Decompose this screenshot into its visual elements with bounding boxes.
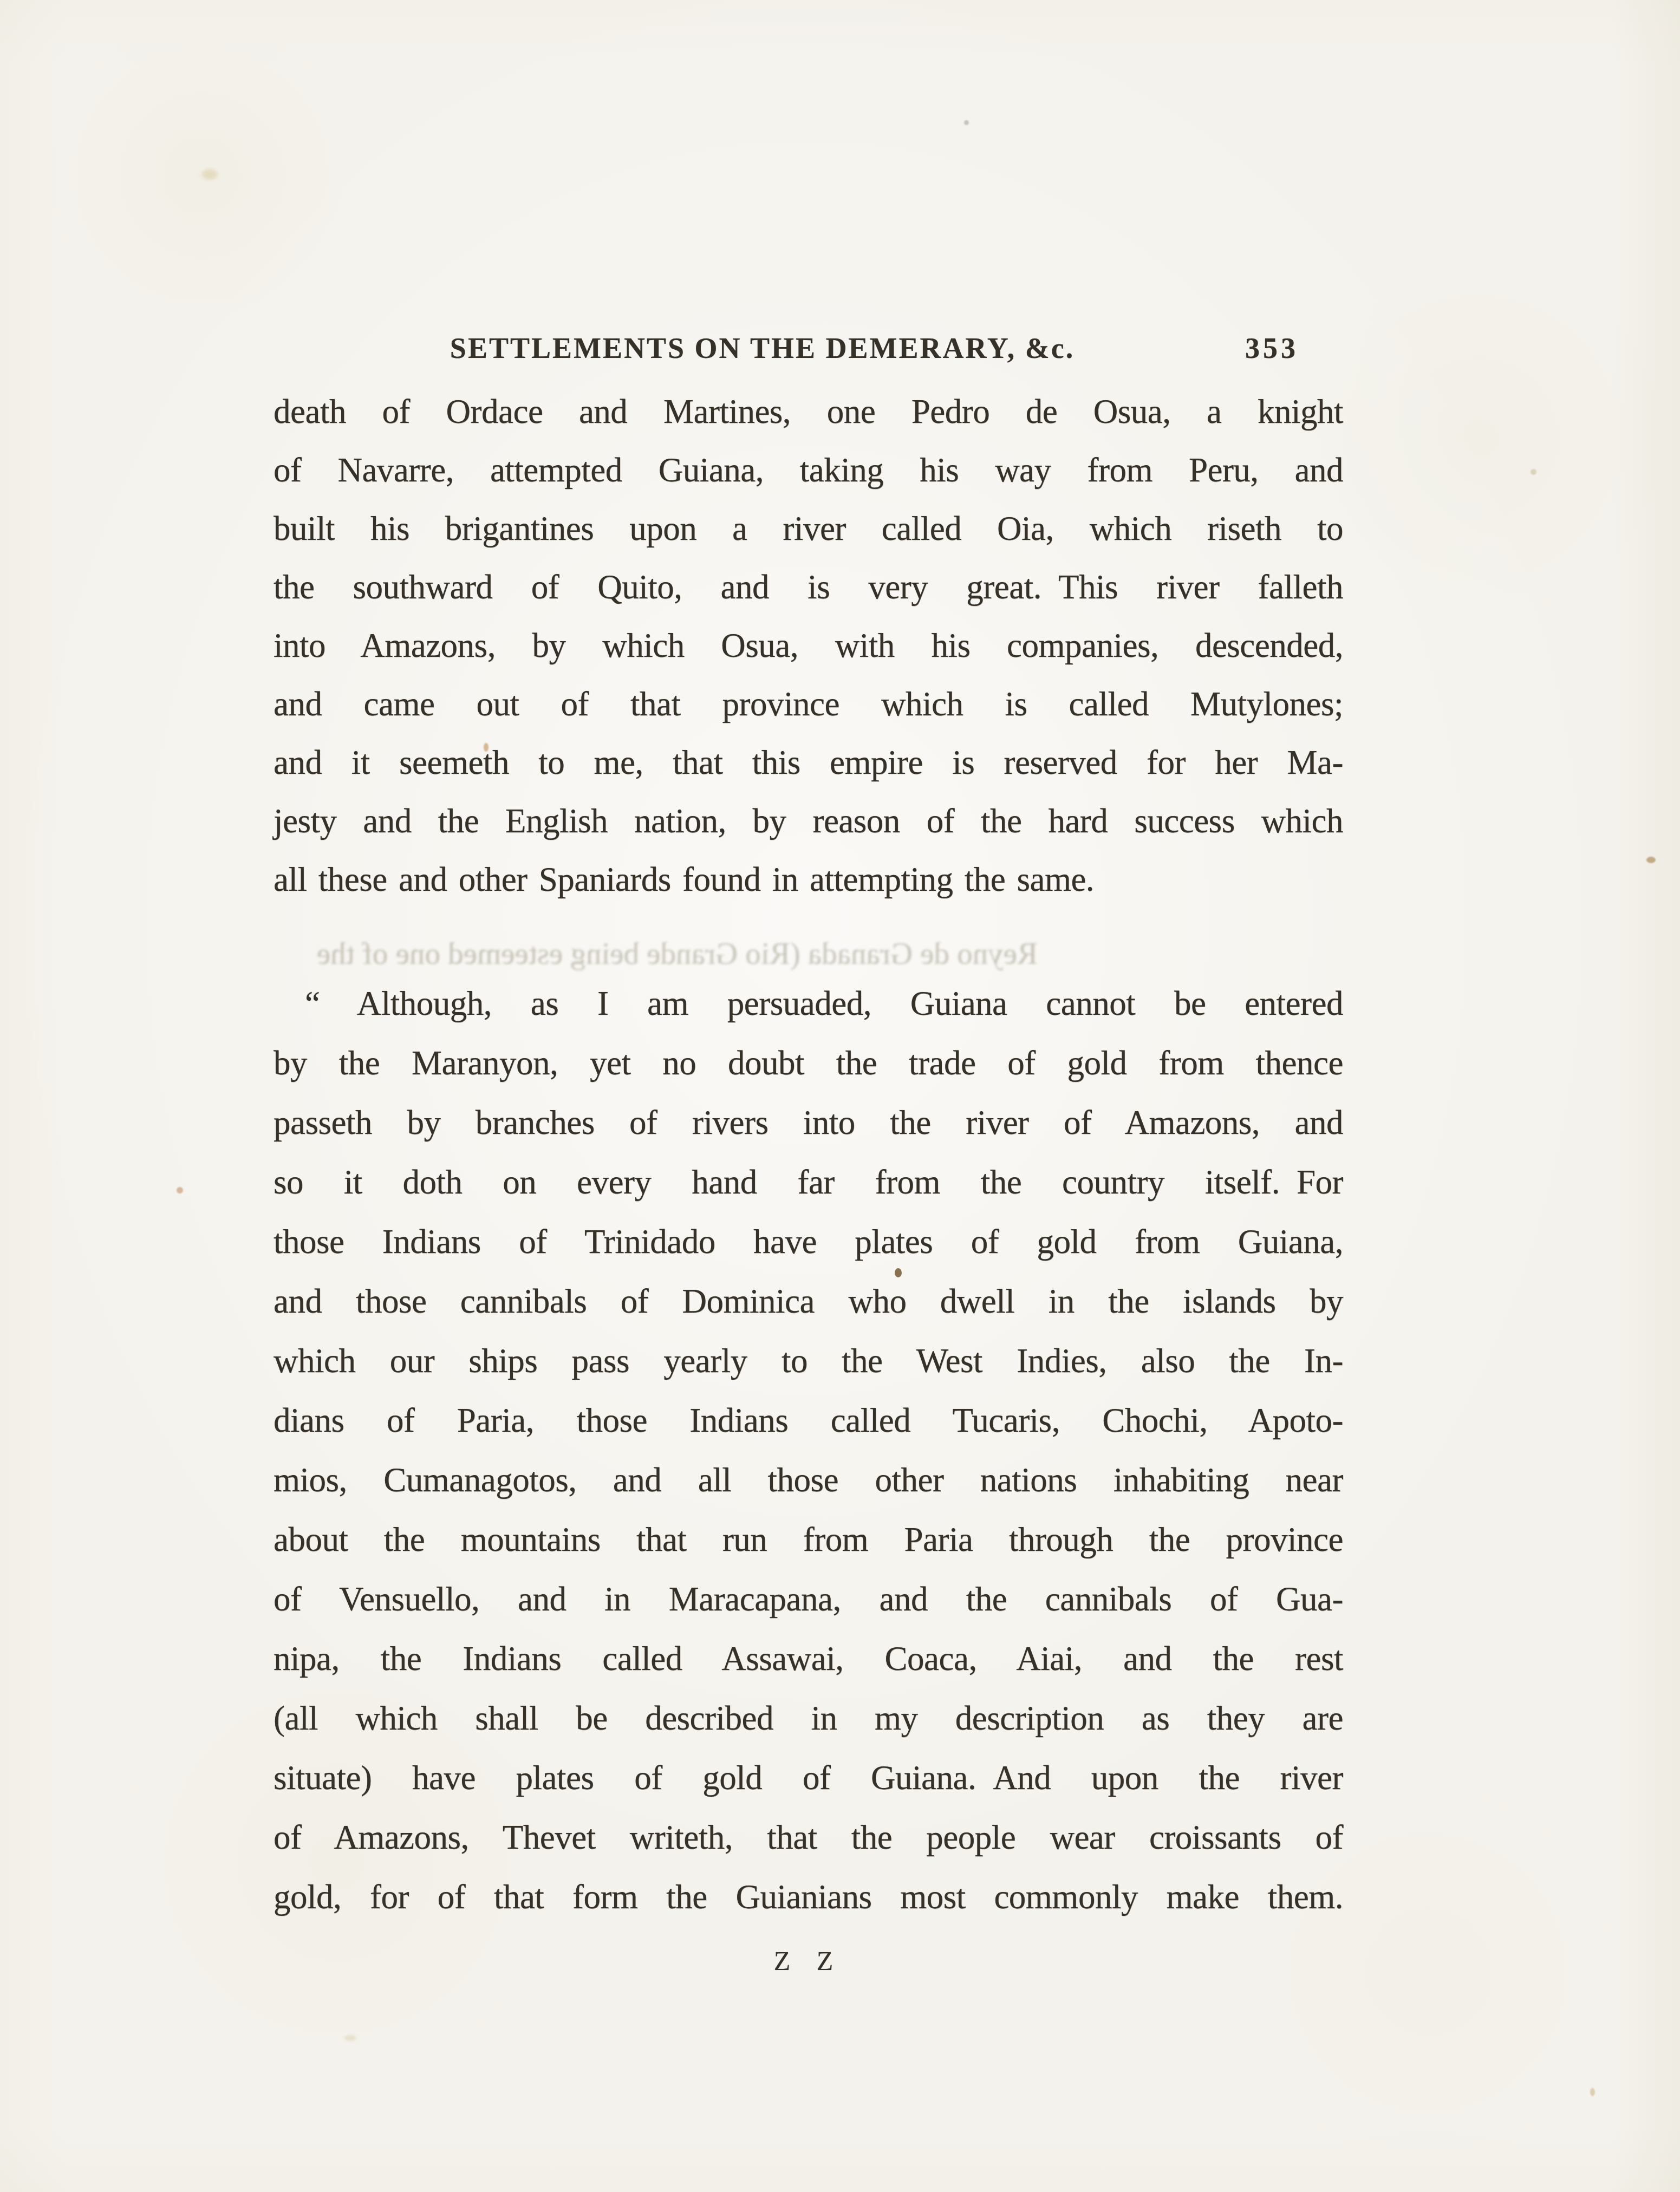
book-page: SETTLEMENTS ON THE DEMERARY, &c. 353 dea… <box>0 0 1680 2192</box>
text-line: built his brigantines upon a river calle… <box>274 499 1343 558</box>
paragraph-1: death of Ordace and Martines, one Pedro … <box>274 382 1343 909</box>
text-line: those Indians of Trinidado have plates o… <box>274 1212 1343 1271</box>
text-line: into Amazons, by which Osua, with his co… <box>274 616 1343 675</box>
text-line: which our ships pass yearly to the West … <box>274 1331 1343 1391</box>
text-line: of Amazons, Thevet writeth, that the peo… <box>274 1808 1343 1867</box>
text-line: jesty and the English nation, by reason … <box>274 792 1343 850</box>
text-line: “ Although, as I am persuaded, Guiana ca… <box>274 974 1343 1033</box>
text-line: about the mountains that run from Paria … <box>274 1510 1343 1569</box>
foxing-spot <box>1531 469 1536 475</box>
page-number: 353 <box>1245 331 1299 365</box>
text-line: gold, for of that form the Guianians mos… <box>274 1867 1343 1927</box>
text-line: death of Ordace and Martines, one Pedro … <box>274 382 1343 441</box>
text-line: dians of Paria, those Indians called Tuc… <box>274 1391 1343 1450</box>
text-line: all these and other Spaniards found in a… <box>274 850 1343 909</box>
text-column: SETTLEMENTS ON THE DEMERARY, &c. 353 dea… <box>274 0 1343 2192</box>
foxing-spot <box>177 1187 183 1193</box>
text-line: (all which shall be described in my desc… <box>274 1688 1343 1748</box>
printer-signature: Z Z <box>274 1945 1414 1976</box>
foxing-spot <box>1646 857 1656 863</box>
foxing-spot <box>1590 2088 1595 2096</box>
text-line: so it doth on every hand far from the co… <box>274 1152 1343 1212</box>
text-line: nipa, the Indians called Assawai, Coaca,… <box>274 1629 1343 1688</box>
running-header-title: SETTLEMENTS ON THE DEMERARY, &c. <box>274 331 1343 365</box>
text-line: and came out of that province which is c… <box>274 675 1343 733</box>
text-line: of Navarre, attempted Guiana, taking his… <box>274 441 1343 499</box>
running-header: SETTLEMENTS ON THE DEMERARY, &c. 353 <box>274 331 1343 365</box>
paragraph-2: “ Although, as I am persuaded, Guiana ca… <box>274 974 1343 1927</box>
text-line: of Vensuello, and in Maracapana, and the… <box>274 1569 1343 1629</box>
text-line: the southward of Quito, and is very grea… <box>274 558 1343 616</box>
text-line: mios, Cumanagotos, and all those other n… <box>274 1450 1343 1510</box>
text-line: passeth by branches of rivers into the r… <box>274 1093 1343 1152</box>
text-line: and it seemeth to me, that this empire i… <box>274 733 1343 792</box>
text-line: by the Maranyon, yet no doubt the trade … <box>274 1033 1343 1093</box>
foxing-spot <box>201 169 218 180</box>
text-line: situate) have plates of gold of Guiana. … <box>274 1748 1343 1808</box>
text-line: and those cannibals of Dominica who dwel… <box>274 1271 1343 1331</box>
